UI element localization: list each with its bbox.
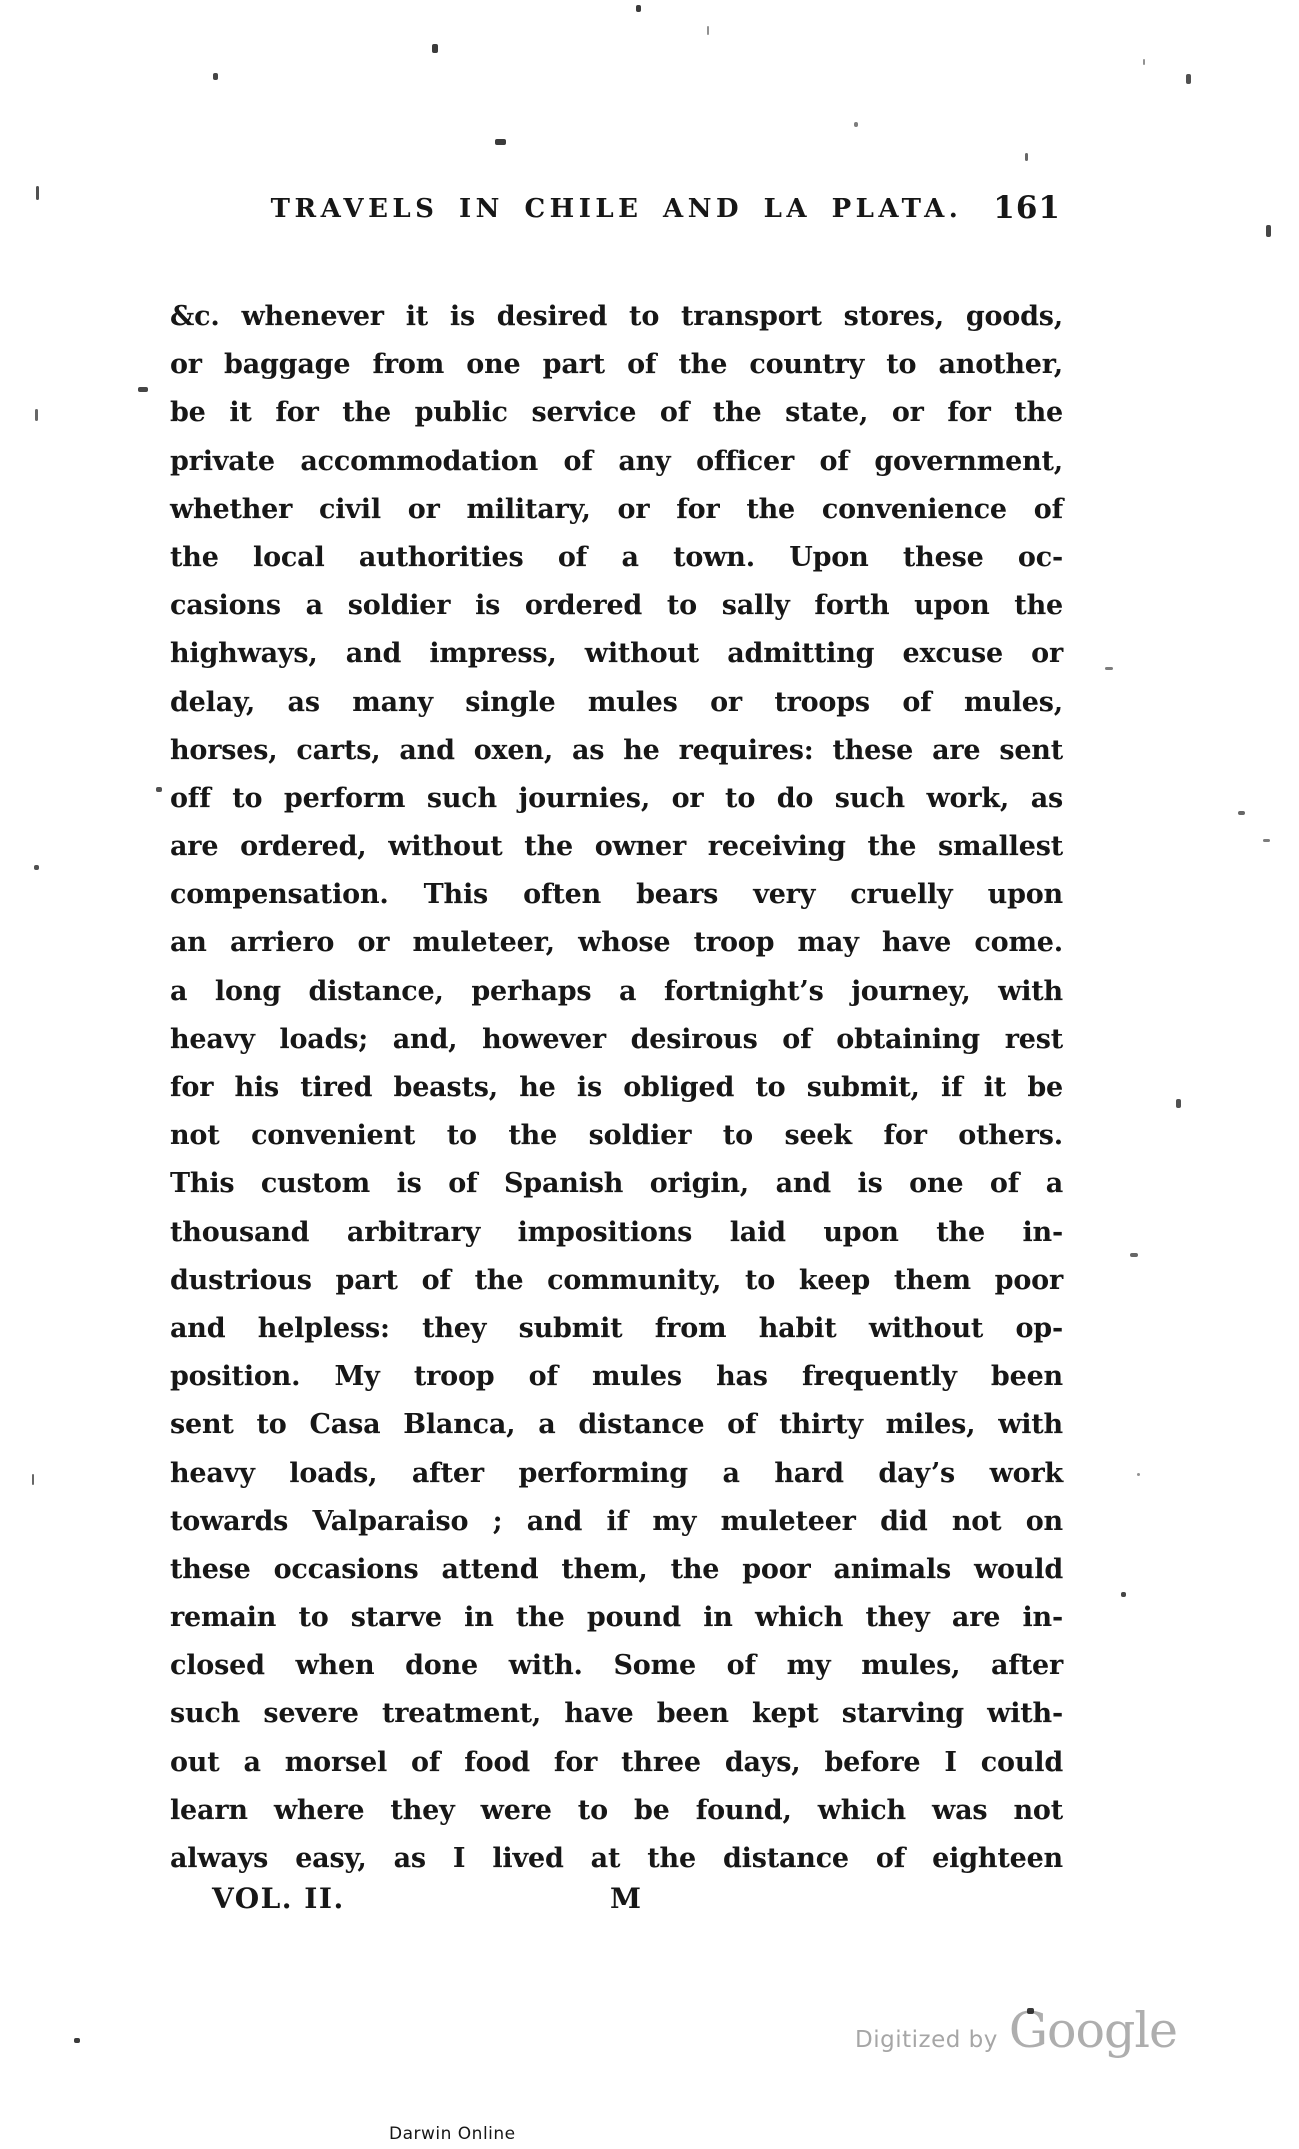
scan-speck	[1025, 153, 1028, 161]
text-line: these occasions attend them, the poor an…	[170, 1546, 1063, 1594]
scan-speck	[1027, 2008, 1034, 2014]
scan-speck	[1143, 59, 1145, 65]
scan-speck	[432, 44, 438, 53]
scan-speck	[32, 1474, 34, 1485]
page-number: 161	[993, 190, 1061, 226]
text-line: highways, and impress, without admitting…	[170, 630, 1063, 678]
text-line: an arriero or muleteer, whose troop may …	[170, 919, 1063, 967]
text-line: a long distance, perhaps a fortnight’s j…	[170, 968, 1063, 1016]
text-line: whether civil or military, or for the co…	[170, 486, 1063, 534]
text-line: private accommodation of any officer of …	[170, 438, 1063, 486]
text-line: be it for the public service of the stat…	[170, 389, 1063, 437]
scan-speck	[1263, 839, 1270, 842]
text-line: or baggage from one part of the country …	[170, 341, 1063, 389]
running-head: TRAVELS IN CHILE AND LA PLATA. 161	[170, 194, 1063, 234]
scan-speck	[1130, 1253, 1138, 1257]
scan-speck	[35, 409, 38, 421]
scan-speck	[1137, 1473, 1140, 1476]
text-line: not convenient to the soldier to seek fo…	[170, 1112, 1063, 1160]
scan-speck	[636, 5, 641, 12]
text-line: heavy loads; and, however desirous of ob…	[170, 1016, 1063, 1064]
scan-speck	[1121, 1592, 1126, 1597]
scan-speck	[1105, 667, 1113, 670]
text-line: sent to Casa Blanca, a distance of thirt…	[170, 1401, 1063, 1449]
text-line: heavy loads, after performing a hard day…	[170, 1450, 1063, 1498]
scan-speck	[1238, 811, 1245, 815]
scan-speck	[1176, 1099, 1181, 1108]
text-line: off to perform such journies, or to do s…	[170, 775, 1063, 823]
google-logo: Google	[1009, 2002, 1177, 2059]
text-line: the local authorities of a town. Upon th…	[170, 534, 1063, 582]
scan-speck	[495, 139, 506, 145]
watermark-prefix-label: Digitized by	[855, 2027, 998, 2053]
text-line: casions a soldier is ordered to sally fo…	[170, 582, 1063, 630]
text-line: such severe treatment, have been kept st…	[170, 1690, 1063, 1738]
text-line: delay, as many single mules or troops of…	[170, 679, 1063, 727]
body-text: &c. whenever it is desired to transport …	[170, 293, 1063, 1883]
text-line: dustrious part of the community, to keep…	[170, 1257, 1063, 1305]
text-line: always easy, as I lived at the distance …	[170, 1835, 1063, 1883]
text-line: thousand arbitrary impositions laid upon…	[170, 1209, 1063, 1257]
scan-speck	[34, 865, 39, 870]
volume-label: VOL. II.	[212, 1882, 345, 1915]
scan-speck	[36, 186, 39, 200]
scan-speck	[138, 387, 148, 392]
text-line: are ordered, without the owner receiving…	[170, 823, 1063, 871]
text-line: &c. whenever it is desired to transport …	[170, 293, 1063, 341]
text-line: closed when done with. Some of my mules,…	[170, 1642, 1063, 1690]
scan-speck	[156, 787, 162, 792]
scan-speck	[1186, 74, 1191, 84]
scan-speck	[854, 122, 858, 127]
running-head-title: TRAVELS IN CHILE AND LA PLATA.	[170, 194, 1063, 224]
text-line: out a morsel of food for three days, bef…	[170, 1739, 1063, 1787]
scan-speck	[74, 2038, 80, 2043]
text-line: compensation. This often bears very crue…	[170, 871, 1063, 919]
darwin-online-label: Darwin Online	[389, 2124, 516, 2144]
text-line: This custom is of Spanish origin, and is…	[170, 1160, 1063, 1208]
text-line: and helpless: they submit from habit wit…	[170, 1305, 1063, 1353]
text-line: position. My troop of mules has frequent…	[170, 1353, 1063, 1401]
scan-speck	[213, 73, 218, 80]
text-line: learn where they were to be found, which…	[170, 1787, 1063, 1835]
text-line: for his tired beasts, he is obliged to s…	[170, 1064, 1063, 1112]
scan-speck	[1266, 225, 1271, 237]
text-line: horses, carts, and oxen, as he requires:…	[170, 727, 1063, 775]
digitized-by-google-watermark: Digitized by Google	[855, 2002, 1177, 2059]
text-line: remain to starve in the pound in which t…	[170, 1594, 1063, 1642]
text-line: towards Valparaiso ; and if my muleteer …	[170, 1498, 1063, 1546]
printers-signature-mark: M	[610, 1882, 641, 1915]
scan-speck	[707, 26, 709, 35]
book-page-scan: TRAVELS IN CHILE AND LA PLATA. 161 &c. w…	[0, 0, 1299, 2149]
